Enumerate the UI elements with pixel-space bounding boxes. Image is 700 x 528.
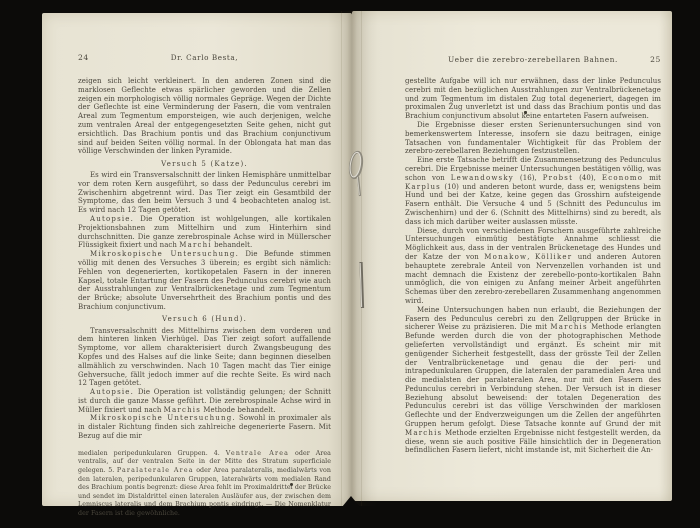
paragraph: gestellte Aufgabe will ich nur erwähnen,… [405, 77, 661, 121]
letterspaced-name: Karplus [405, 183, 441, 191]
running-head-left: Dr. Carlo Besta, [78, 53, 331, 62]
paragraph: zeigen sich leicht verkleinert. In den a… [78, 77, 331, 156]
text-run: zeigen sich leicht verkleinert. In den a… [78, 77, 331, 155]
letterspaced-name: Monakow [484, 253, 527, 261]
letterspaced-name: Autopsie. [90, 388, 134, 396]
ink-speck [524, 111, 527, 114]
letterspaced-name: Marchis [405, 429, 442, 437]
text-run: gestellte Aufgabe will ich nur erwähnen,… [405, 77, 661, 120]
letterspaced-name: Paralaterale Area [117, 467, 194, 474]
paragraph: Diese, durch von verschiedenen Forschern… [405, 227, 661, 306]
letterspaced-name: Kölliker [535, 253, 572, 261]
page-number-left: 24 [78, 53, 89, 62]
book-page-left: 24 Dr. Carlo Besta, zeigen sich leicht v… [42, 13, 352, 506]
letterspaced-name: Probst [543, 174, 573, 182]
page-number-right: 25 [650, 55, 661, 64]
text-run: Es wird ein Transversalschnitt der linke… [78, 171, 331, 214]
text-run: Methode erzielten Ergebnisse nicht festg… [405, 429, 661, 455]
text-run: Die Befunde stimmen völlig mit denen des… [78, 250, 331, 311]
left-page-body: zeigen sich leicht verkleinert. In den a… [78, 77, 331, 441]
letterspaced-name: Economo [602, 174, 643, 182]
section-heading: Versuch 6 (Hund). [78, 315, 331, 324]
text-run: mit [643, 174, 661, 182]
letterspaced-name: Marchi [179, 241, 212, 249]
text-run: (16), [514, 174, 543, 182]
book-page-right: Ueber die zerebro-zerebellaren Bahnen. 2… [352, 11, 672, 501]
text-run: behandelt. [212, 241, 253, 249]
paragraph: Transversalschnitt des Mittelhirns zwisc… [78, 327, 331, 389]
left-page-footnote: medialen peripedunkularen Gruppen. 4. Ve… [78, 450, 331, 519]
ink-speck [290, 483, 293, 486]
letterspaced-name: Mikroskopische Untersuchung. [90, 250, 239, 258]
paragraph: Eine erste Tatsache betrifft die Zusamme… [405, 156, 661, 226]
letterspaced-name: Autopsie. [90, 215, 134, 223]
right-page-text-column: gestellte Aufgabe will ich nur erwähnen,… [405, 77, 661, 455]
text-run: Transversalschnitt des Mittelhirns zwisc… [78, 327, 331, 388]
text-run: Methode behandelt. [201, 406, 276, 414]
text-run: oder Area paralateralis, medialwärts von… [78, 467, 331, 517]
letterspaced-name: Versuch 5 (Katze). [161, 160, 248, 168]
paragraph: Mikroskopische Untersuchung. Sowohl in p… [78, 414, 331, 440]
text-run: Die Ergebnisse dieser ersten Serienunter… [405, 121, 661, 155]
text-run: (10) und anderen betont wurde, dass er, … [405, 183, 661, 226]
text-run: , [527, 253, 535, 261]
text-run: Methode erlangten Befunde werden durch d… [405, 323, 661, 428]
left-page-text-column: zeigen sich leicht verkleinert. In den a… [78, 77, 331, 519]
paragraph: Autopsie. Die Operation ist wohlgelungen… [78, 215, 331, 250]
letterspaced-name: Ventrale Area [226, 450, 289, 457]
section-heading: Versuch 5 (Katze). [78, 160, 331, 169]
letterspaced-name: Versuch 6 (Hund). [162, 315, 247, 323]
letterspaced-name: Marchis [550, 323, 587, 331]
footnote-paragraph: medialen peripedunkularen Gruppen. 4. Ve… [78, 450, 331, 519]
running-head-right: Ueber die zerebro-zerebellaren Bahnen. [405, 55, 661, 64]
paragraph: Es wird ein Transversalschnitt der linke… [78, 171, 331, 215]
paragraph: Die Ergebnisse dieser ersten Serienunter… [405, 121, 661, 156]
paragraph: Mikroskopische Untersuchung. Die Befunde… [78, 250, 331, 312]
page-header-right: Ueber die zerebro-zerebellaren Bahnen. 2… [405, 55, 661, 64]
paragraph: Autopsie. Die Operation ist vollständig … [78, 388, 331, 414]
text-run: medialen peripedunkularen Gruppen. 4. [78, 450, 226, 457]
letterspaced-name: Lewandowsky [451, 174, 514, 182]
photo-backdrop: 24 Dr. Carlo Besta, zeigen sich leicht v… [0, 0, 700, 528]
right-page-body: gestellte Aufgabe will ich nur erwähnen,… [405, 77, 661, 455]
page-header-left: 24 Dr. Carlo Besta, [78, 53, 331, 62]
text-run: (40), [573, 174, 602, 182]
letterspaced-name: Marchis [164, 406, 201, 414]
letterspaced-name: Mikroskopische Untersuchung. [90, 414, 236, 422]
paragraph: Meine Untersuchungen haben nun erlaubt, … [405, 306, 661, 456]
